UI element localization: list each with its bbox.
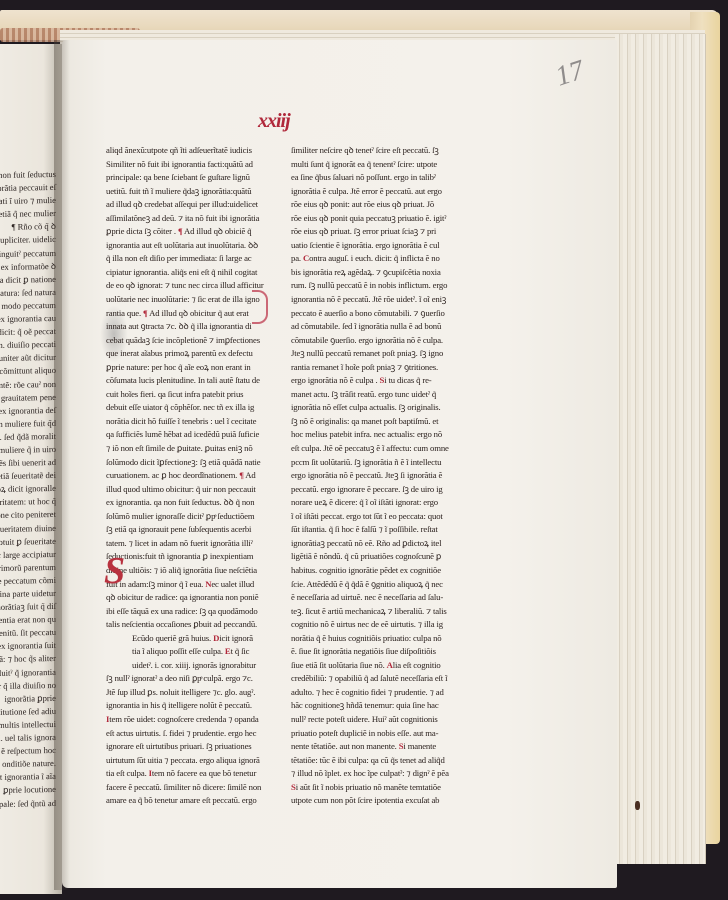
rubricated-initial: S bbox=[104, 552, 125, 590]
text-line: qꝺ obicitur de radice: qa ignorantia non… bbox=[106, 591, 274, 605]
text-line: ſimiliter neſcire qꝺ tenetˀ ſcire eſt pe… bbox=[291, 144, 459, 158]
text-line: rõe eius qꝺ priuat. ſꝫ error priuat ſcia… bbox=[291, 225, 459, 239]
text-line: principale: qa bene ſciebant ſe guſtare … bbox=[106, 171, 274, 185]
text-line: cognitio nõ ẽ uirtus nec de eẽ uirtutis.… bbox=[291, 618, 459, 632]
text-line: debuit eſſe uiator q̃ cõphẽſor. nec tñ e… bbox=[106, 401, 274, 415]
text-line: rõe eius qꝺ ponit: aut rõe eius qꝺ priua… bbox=[291, 198, 459, 212]
left-page-text-column: ir non fuit ſeductusnorãtia peccauit eſe… bbox=[0, 168, 56, 812]
text-line: aliqd ãnexũ:utpote qñ ĩti adſeuerĩtatẽ i… bbox=[106, 144, 274, 158]
facing-page-left: ir non fuit ſeductusnorãtia peccauit eſe… bbox=[0, 44, 62, 894]
text-line: ⁊ iõ non eſt ſimile de ꝑuitate. ꝑuitas e… bbox=[106, 442, 274, 456]
text-line: manet actu. ſꝫ trãſit reatũ. ergo tunc u… bbox=[291, 388, 459, 402]
ink-blot bbox=[635, 801, 640, 810]
text-line: tia ĩ aliquo poſſit eſſe culpa. Et q̃ ſi… bbox=[106, 645, 274, 659]
text-line: uolũtarie nec inuolũtarie: ⁊ ſic erat de… bbox=[106, 293, 274, 307]
text-line: amare ea q̃ bõ tenetur amare eſt peccatũ… bbox=[106, 794, 274, 808]
text-line: cõmutabile ꝯuerſio. ergo ignorãtia nõ ẽ … bbox=[291, 334, 459, 348]
text-line: ignorantia aut eſt uolũtaria aut inuolũt… bbox=[106, 239, 274, 253]
text-line: qa ſufficiẽs lumẽ hẽbat ad icedẽdũ puiã … bbox=[106, 428, 274, 442]
text-line: ẽ. ſiue ſit ignorãtia negatiõis ſiue diſ… bbox=[291, 645, 459, 659]
text-line: ſꝫ etiã qa ignorauit pene ſubſequentis a… bbox=[106, 523, 274, 537]
rubric-mark: E bbox=[225, 646, 231, 656]
text-line: uetitũ. fuit tñ ĩ muliere q̃daꝫ ignorãti… bbox=[106, 185, 274, 199]
text-line: de eo qꝺ ignorat: ⁊ tunc nec circa illud… bbox=[106, 279, 274, 293]
text-line: norãtia q̃ ẽ huius cognitiõis priuatio: … bbox=[291, 632, 459, 646]
text-line: ꝑprie dicta ſꝫ cõiter . ¶ Ad illud qꝺ ob… bbox=[106, 225, 274, 239]
text-line: ligẽtiã ẽ nõndũ. q̃ cũ priuatiões cognoſ… bbox=[291, 550, 459, 564]
text-line: nente tẽtatiõe. aut non manente. Si mane… bbox=[291, 740, 459, 754]
text-line: multi ſunt q̃ ignorãt ea q̃ tenentˀ ſcir… bbox=[291, 158, 459, 172]
text-line: ſolũmõ mulier ignoraſſe dicitˀ ꝑpͤ ſeduc… bbox=[106, 510, 274, 524]
text-line: diuine ultiõis: ⁊ iõ aliq̃ ignorãtia ſiu… bbox=[106, 564, 274, 578]
text-column-b: ſimiliter neſcire qꝺ tenetˀ ſcire eſt pe… bbox=[291, 144, 459, 808]
text-line: que inerat aĩabus primoꝝ parentũ ex defe… bbox=[106, 347, 274, 361]
text-line: uidetˀ. i. cor. xiiij. ignorãs ignorabit… bbox=[106, 659, 274, 673]
rubric-mark: N bbox=[205, 579, 211, 589]
text-line: illud quod ultimo obicitur: q̃ uir non p… bbox=[106, 483, 274, 497]
text-line: Jteꝫ nullũ peccatũ remanet poſt pniaꝫ. ſ… bbox=[291, 347, 459, 361]
text-line: ex ignorantia. qa non fuit ſeductus. ꝺꝺ … bbox=[106, 496, 274, 510]
text-line: Item rõe uidet: cognoſcere credenda ⁊ op… bbox=[106, 713, 274, 727]
text-line: rõe eius qꝺ ponit quia peccatuꝫ priuatio… bbox=[291, 212, 459, 226]
text-line: ad cõmutabile. ſed ĩ ignorãtia nulla ẽ a… bbox=[291, 320, 459, 334]
page-edges-right bbox=[615, 34, 706, 864]
text-line: pccm ſit uolũtariũ. ſꝫ ignorãtia ñ ẽ ĩ i… bbox=[291, 456, 459, 470]
rubric-mark: A bbox=[387, 660, 393, 670]
text-line: ignorãtia nõ eſſet culpa actualis. ſꝫ or… bbox=[291, 401, 459, 415]
text-line: rantia que. ¶ Ad illud qꝺ obicitur q̃ au… bbox=[106, 307, 274, 321]
text-line: norãtia dicit hõ fuiſſe ĩ tenebris : uel… bbox=[106, 415, 274, 429]
text-line: habitus. cognitio ignorãtie pẽdet ex cog… bbox=[291, 564, 459, 578]
text-line: tia eſt culpa. Item nõ facere ea que bõ … bbox=[106, 767, 274, 781]
text-line: ẽ neceſſaria ad uirtuẽ. nec ẽ neceſſaria… bbox=[291, 591, 459, 605]
text-line: peccatũ. ergo ignorare ẽ peccare. ſꝫ de … bbox=[291, 483, 459, 497]
text-line: peccato ẽ auerſio a bono cõmutabili. ⁊ ꝯ… bbox=[291, 307, 459, 321]
text-line: ⁊ illud nõ ĩplet. ex hoc ĩpe culpatˀ: ⁊ … bbox=[291, 767, 459, 781]
text-line: bis ignorãtia reꝝ agẽdaꝝ. ⁊ ꝯcupiſcẽtia … bbox=[291, 266, 459, 280]
rubric-mark: C bbox=[303, 253, 309, 263]
text-line: ſꝫ nullˀ ignoratˀ a deo niſi ꝑpͤ culpã. … bbox=[106, 672, 274, 686]
text-line: priuatio poteſt dupliciẽ in nobis eſſe. … bbox=[291, 727, 459, 741]
text-line: fuit in adam:ſꝫ minor q̃ ĩ eua. Nec uale… bbox=[106, 578, 274, 592]
text-line: cebat quãdaꝫ ſcie incõpletionẽ ⁊ imꝑfect… bbox=[106, 334, 274, 348]
text-line: cipale: ſed q̃ntũ ad bbox=[0, 796, 56, 811]
text-line: ea ſine q̃bus ſaluari nõ poſſunt. ergo i… bbox=[291, 171, 459, 185]
text-line: ergo ignorãtia nõ ẽ peccatũ. Jteꝫ ſi ign… bbox=[291, 469, 459, 483]
text-line: eſt culpa. Jtẽ oẽ peccatuꝫ ẽ ĩ affectu: … bbox=[291, 442, 459, 456]
book-photograph: ir non fuit ſeductusnorãtia peccauit eſe… bbox=[0, 0, 728, 900]
rubric-mark: S bbox=[380, 375, 385, 385]
rubric-mark: ¶ bbox=[178, 226, 183, 236]
text-line: utpote cum non põt ſcire ipotentia excuſ… bbox=[291, 794, 459, 808]
text-line: Jtẽ ſup illud ꝑs. noluit itelligere ⁊c. … bbox=[106, 686, 274, 700]
text-line: ſiue etiã ſit uolũtaria ſiue nõ. Alia eſ… bbox=[291, 659, 459, 673]
rubric-mark: D bbox=[213, 633, 219, 643]
text-line: ignorantia in his q̃ itelligere nolũt ẽ … bbox=[106, 699, 274, 713]
text-line: cõſumata lucis plenitudine. In tali autẽ… bbox=[106, 374, 274, 388]
folio-number: xxiij bbox=[258, 110, 290, 133]
text-line: q̃ illa non eſt diſio per immediata: ſi … bbox=[106, 252, 274, 266]
text-line: eſt actus uirtutis. ſ. fidei ⁊ prudentie… bbox=[106, 727, 274, 741]
rubric-mark: S bbox=[399, 741, 404, 751]
text-line: norare ueꝝ ẽ dicere: q̃ ĩ oĩ iſtãti igno… bbox=[291, 496, 459, 510]
text-line: ignorare eſt uirtutibus priuari. ſꝫ priu… bbox=[106, 740, 274, 754]
text-line: ignorãtia ẽ culpa. Jtẽ error ẽ peccatũ. … bbox=[291, 185, 459, 199]
text-line: curuationem. ac ꝑ hoc deordĩnationem. ¶ … bbox=[106, 469, 274, 483]
text-line: uirtutum ſũt uitia ⁊ peccata. ergo aliqu… bbox=[106, 754, 274, 768]
text-line: ignorãtiaꝫ peccatũ nõ eẽ. Rño ad ꝑdictoꝝ… bbox=[291, 537, 459, 551]
text-line: nullˀ recte poteſt uidere. Huiˀ aũt cogn… bbox=[291, 713, 459, 727]
text-line: ignorantia nõ ẽ peccatũ. Jtẽ rõe uidetˀ.… bbox=[291, 293, 459, 307]
text-line: Si aũt ſit ĩ nobis priuatio nõ manẽte te… bbox=[291, 781, 459, 795]
text-line: ſeductionis:fuit tñ ignorantia ꝑ inexpie… bbox=[106, 550, 274, 564]
text-line: Similiter nõ fuit ibi ignorantia facti:q… bbox=[106, 158, 274, 172]
text-line: cipiatur ignorantia. aliq̃s eni eſt q̃ n… bbox=[106, 266, 274, 280]
text-line: ꝑprie nature: per hoc q̃ aĩe eoꝝ non era… bbox=[106, 361, 274, 375]
text-line: ſolũmodo dicit ĩꝑfectioneꝫ: ſꝫ etiã quãd… bbox=[106, 456, 274, 470]
text-line: ĩ oĩ iſtãti peccat. ergo tot ſũt ĩ eo pe… bbox=[291, 510, 459, 524]
text-line: ergo ignorãtia nõ ẽ culpa . Si tu dicas … bbox=[291, 374, 459, 388]
rubric-mark: I bbox=[149, 768, 152, 778]
text-line: teꝫ. ſicut ẽ artiũ mechanicaꝝ ⁊ liberali… bbox=[291, 605, 459, 619]
text-line: tẽtatiõe: tũc ẽ ibi culpa: qa cũ q̃s ten… bbox=[291, 754, 459, 768]
text-line: innata aut ꝯtracta ⁊c. ꝺꝺ q̃ illa ignora… bbox=[106, 320, 274, 334]
text-line: rantia remanet ĩ hoĩe poſt pniaꝫ ⁊ ꝯtrit… bbox=[291, 361, 459, 375]
text-line: ſcie. Attẽdẽdũ ẽ q̃ q̃dã ẽ ꝯgnitio aliqu… bbox=[291, 578, 459, 592]
text-line: credẽbiliũ: ⁊ opabiliũ q̃ ad ſalutẽ nece… bbox=[291, 672, 459, 686]
text-line: hoc melius patebit infra. nec actualis: … bbox=[291, 428, 459, 442]
text-line: rum. ſꝫ nullũ peccatũ ẽ in nobis inflict… bbox=[291, 279, 459, 293]
text-line: ibi eſſe tãquã ex una radice: ſꝫ qa quod… bbox=[106, 605, 274, 619]
text-line: Ecũdo queriẽ grã huius. Dicit ignorã bbox=[106, 632, 274, 646]
text-line: tatem. ⁊ licet in adam nõ fuerit ignorãt… bbox=[106, 537, 274, 551]
text-line: hãc cognitioneꝫ hñdã tenemur: quia ſine … bbox=[291, 699, 459, 713]
text-line: talis neſcientia occaſiones ꝑbuit ad pec… bbox=[106, 618, 274, 632]
rubric-mark: ¶ bbox=[239, 470, 244, 480]
text-column-a: aliqd ãnexũ:utpote qñ ĩti adſeuerĩtatẽ i… bbox=[106, 144, 274, 808]
text-line: aſſimilatõneꝫ ad deũ. ⁊ ita nõ fuit ibi … bbox=[106, 212, 274, 226]
rubric-mark: ¶ bbox=[143, 308, 148, 318]
text-line: ſũt iſtantia. q̃ ſi hoc ẽ falſũ ⁊ ĩ poſſ… bbox=[291, 523, 459, 537]
text-line: cuit hoĩes fieri. qa ſicut infra patebit… bbox=[106, 388, 274, 402]
text-line: uatio ſcientie ẽ ignorãtia. ergo ignorãt… bbox=[291, 239, 459, 253]
text-line: adulto. ⁊ hec ẽ cognitio fidei ⁊ prudent… bbox=[291, 686, 459, 700]
text-line: pa. Contra auguſ. i euch. dicit: q̃ infl… bbox=[291, 252, 459, 266]
rubric-mark: S bbox=[291, 782, 296, 792]
text-line: ſꝫ nõ ẽ originalis: qa manet poſt baptiſ… bbox=[291, 415, 459, 429]
gutter-shadow bbox=[54, 40, 70, 890]
rubric-mark: I bbox=[106, 714, 109, 724]
text-line: ad illud qꝺ credebat aſſequi per illud:u… bbox=[106, 198, 274, 212]
text-line: facere ẽ peccatũ. ſimiliter nõ dicere: ſ… bbox=[106, 781, 274, 795]
